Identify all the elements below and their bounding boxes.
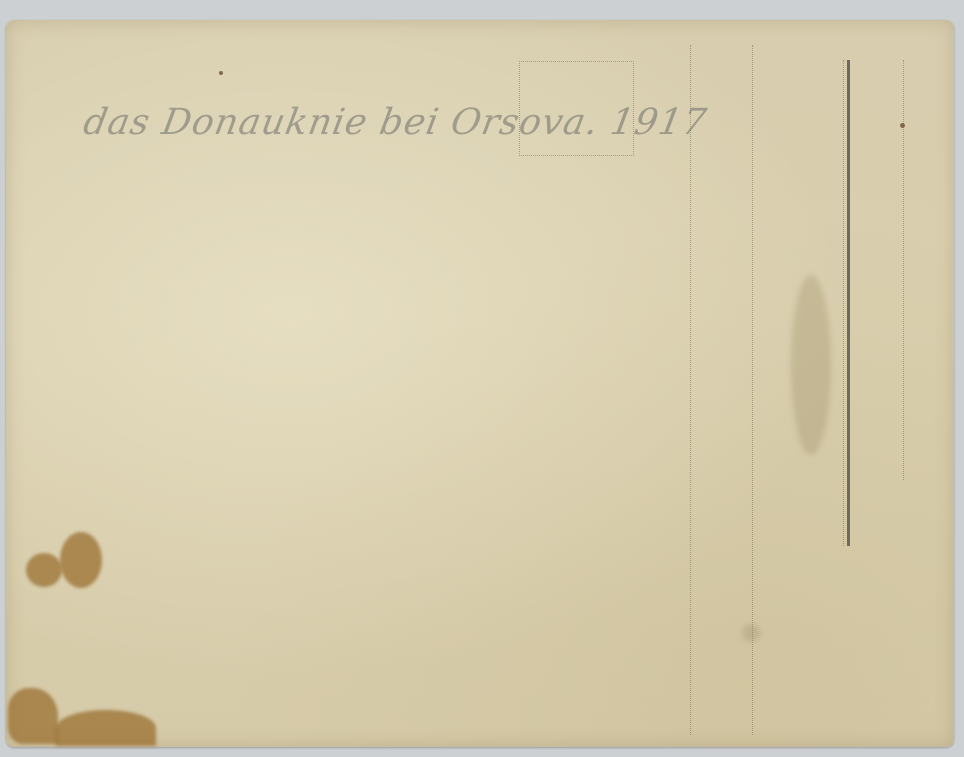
postcard-back: das Donauknie bei Orsova. 1917 [6,20,954,747]
address-guide-line-1 [690,45,691,735]
stain-corner [8,688,58,744]
stain-spot [60,532,102,588]
smudge [791,275,831,455]
stamp-box [519,61,634,156]
speck [900,123,905,128]
smudge [742,624,760,642]
stain-corner [56,710,156,746]
speck [219,71,223,75]
divider-line [847,60,850,546]
address-guide-line-3 [843,60,844,546]
stain-spot [26,553,62,587]
